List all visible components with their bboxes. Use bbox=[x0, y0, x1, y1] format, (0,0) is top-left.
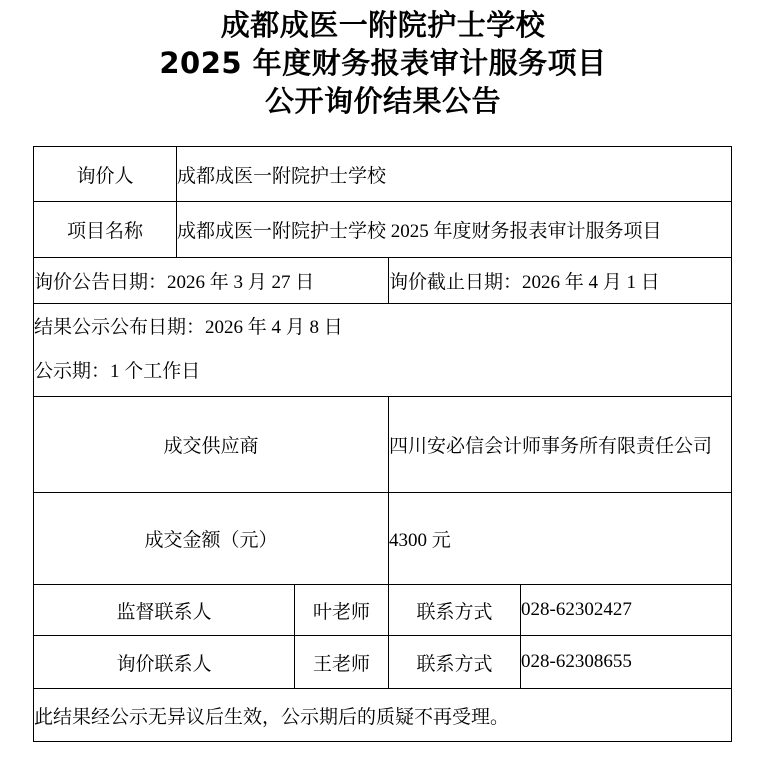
supervisor-contact-label-cell: 联系方式 bbox=[389, 585, 521, 636]
supervisor-name-cell: 叶老师 bbox=[295, 585, 389, 636]
result-table: 询价人 成都成医一附院护士学校 项目名称 成都成医一附院护士学校 2025 年度… bbox=[33, 146, 732, 742]
inquiry-contact-contact-label-cell: 联系方式 bbox=[389, 636, 521, 689]
title-line-3: 公开询价结果公告 bbox=[0, 82, 766, 120]
announcement-page: 成都成医一附院护士学校 2025 年度财务报表审计服务项目 公开询价结果公告 询… bbox=[0, 0, 766, 768]
inquiry-contact-label-cell: 询价联系人 bbox=[34, 636, 295, 689]
note-cell: 此结果经公示无异议后生效，公示期后的质疑不再受理。 bbox=[34, 689, 732, 742]
title-line-2: 2025 年度财务报表审计服务项目 bbox=[0, 44, 766, 82]
inquiry-contact-name-cell: 王老师 bbox=[295, 636, 389, 689]
supplier-value-cell: 四川安必信会计师事务所有限责任公司 bbox=[389, 397, 732, 493]
row-supplier: 成交供应商 四川安必信会计师事务所有限责任公司 bbox=[34, 397, 732, 493]
amount-value-cell: 4300 元 bbox=[389, 493, 732, 585]
project-value-cell: 成都成医一附院护士学校 2025 年度财务报表审计服务项目 bbox=[177, 202, 732, 258]
row-dates: 询价公告日期：2026 年 3 月 27 日 询价截止日期：2026 年 4 月… bbox=[34, 258, 732, 304]
title-line-1: 成都成医一附院护士学校 bbox=[0, 6, 766, 44]
row-supervisor-contact: 监督联系人 叶老师 联系方式 028-62302427 bbox=[34, 585, 732, 636]
row-publicity: 结果公示公布日期：2026 年 4 月 8 日 公示期：1 个工作日 bbox=[34, 304, 732, 397]
row-inquirer: 询价人 成都成医一附院护士学校 bbox=[34, 147, 732, 202]
inquiry-contact-phone-cell: 028-62308655 bbox=[521, 636, 732, 689]
document-title: 成都成医一附院护士学校 2025 年度财务报表审计服务项目 公开询价结果公告 bbox=[0, 0, 766, 120]
row-project-name: 项目名称 成都成医一附院护士学校 2025 年度财务报表审计服务项目 bbox=[34, 202, 732, 258]
project-label-cell: 项目名称 bbox=[34, 202, 177, 258]
publicity-cell: 结果公示公布日期：2026 年 4 月 8 日 公示期：1 个工作日 bbox=[34, 304, 732, 397]
row-note: 此结果经公示无异议后生效，公示期后的质疑不再受理。 bbox=[34, 689, 732, 742]
amount-label-cell: 成交金额（元） bbox=[34, 493, 389, 585]
deadline-date-cell: 询价截止日期：2026 年 4 月 1 日 bbox=[389, 258, 732, 304]
row-amount: 成交金额（元） 4300 元 bbox=[34, 493, 732, 585]
row-inquiry-contact: 询价联系人 王老师 联系方式 028-62308655 bbox=[34, 636, 732, 689]
publicity-period: 公示期：1 个工作日 bbox=[34, 357, 731, 387]
inquirer-value-cell: 成都成医一附院护士学校 bbox=[177, 147, 732, 202]
announce-date-cell: 询价公告日期：2026 年 3 月 27 日 bbox=[34, 258, 389, 304]
supervisor-label-cell: 监督联系人 bbox=[34, 585, 295, 636]
inquirer-label-cell: 询价人 bbox=[34, 147, 177, 202]
supplier-label-cell: 成交供应商 bbox=[34, 397, 389, 493]
result-publish-date: 结果公示公布日期：2026 年 4 月 8 日 bbox=[34, 313, 731, 343]
supervisor-phone-cell: 028-62302427 bbox=[521, 585, 732, 636]
